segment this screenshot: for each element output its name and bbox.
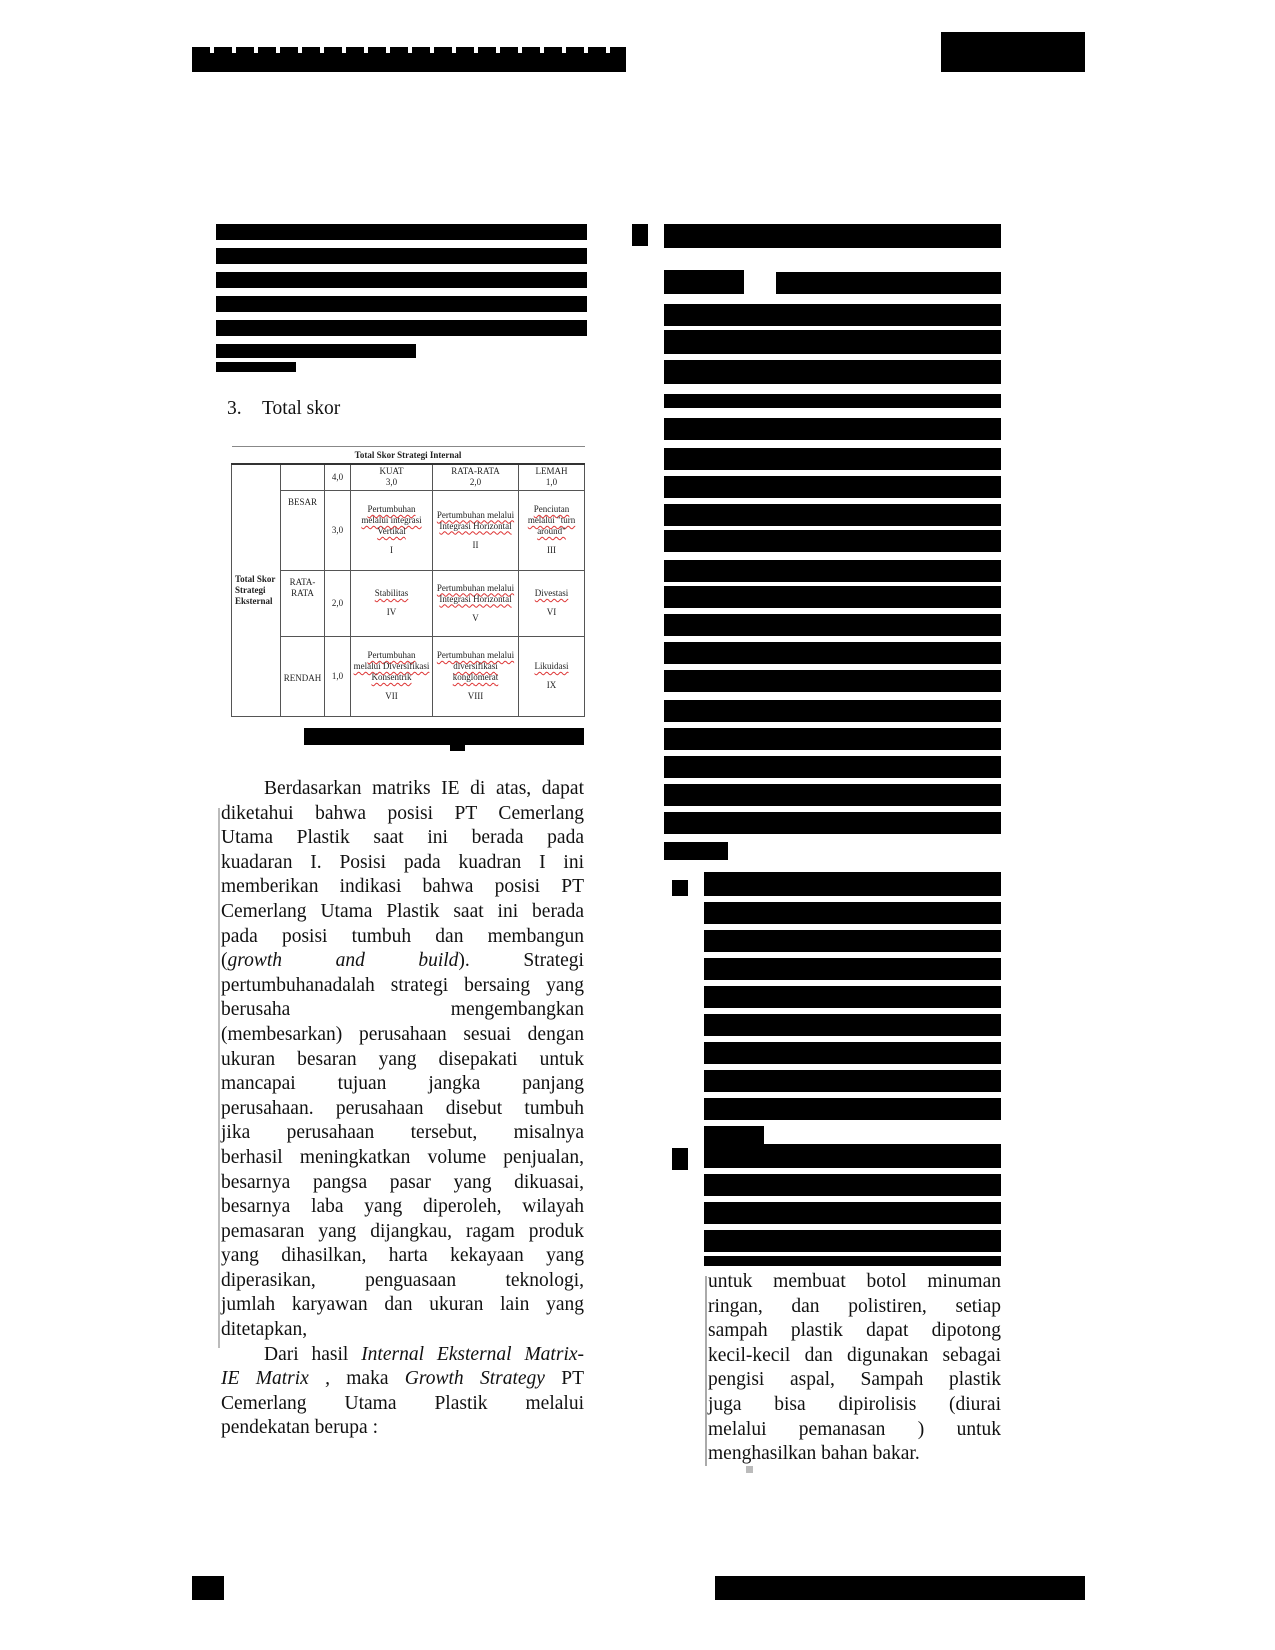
matrix-row-value: 2,0 <box>325 570 351 636</box>
text-line: diketahui bahwa posisi PT Cemerlang <box>221 802 584 827</box>
matrix-cell: Pertumbuhan melalui Integrasi Horizontal… <box>433 490 519 570</box>
matrix-scale-top: 4,0 <box>325 464 351 490</box>
text-line-growth: (growth and build). Strategi <box>221 949 584 974</box>
text-line: ringan, dan polistiren, setiap <box>708 1295 1001 1320</box>
header-page-box-redacted <box>941 32 1085 72</box>
matrix-row-label: BESAR <box>281 490 325 570</box>
matrix-col-header: LEMAH1,0 <box>519 464 585 490</box>
text-line: IE Matrix , maka Growth Strategy PT <box>221 1367 584 1392</box>
text-line: untuk membuat botol minuman <box>708 1270 1001 1295</box>
text-line: ukuran besaran yang disepakati untuk <box>221 1048 584 1073</box>
text-line: mancapai tujuan jangka panjang <box>221 1072 584 1097</box>
list-label: Total skor <box>262 398 340 420</box>
matrix-cell: StabilitasIV <box>351 570 433 636</box>
matrix-cell: Pertumbuhan melalui diversifikasi konglo… <box>433 636 519 716</box>
text-line: (membesarkan) perusahaan sesuai dengan <box>221 1023 584 1048</box>
matrix-caption-redacted-descender <box>450 745 465 751</box>
text-line: Cemerlang Utama Plastik melalui <box>221 1392 584 1417</box>
ie-matrix-table: Total Skor Strategi Internal Total Skor … <box>231 446 584 716</box>
cursor-mark <box>746 1466 753 1473</box>
matrix-cell: Pertumbuhan melalui Integrasi Horizontal… <box>433 570 519 636</box>
text-line: pengisi aspal, Sampah plastik <box>708 1368 1001 1393</box>
matrix-row-label: RATA-RATA <box>281 570 325 636</box>
text-line: Utama Plastik saat ini berada pada <box>221 826 584 851</box>
matrix-side-label: Total Skor Strategi Eksternal <box>232 464 281 716</box>
running-title-redacted-notch <box>192 47 626 53</box>
change-bar <box>705 1276 707 1466</box>
change-bar <box>218 808 220 1348</box>
matrix-col-header: RATA-RATA2,0 <box>433 464 519 490</box>
list-number: 3. <box>227 398 242 420</box>
text-line: menghasilkan bahan bakar. <box>708 1442 1001 1467</box>
text-line: berusaha mengembangkan <box>221 998 584 1023</box>
text-line: besarnya pangsa pasar yang dikuasai, <box>221 1171 584 1196</box>
text-line: berhasil meningkatkan volume penjualan, <box>221 1146 584 1171</box>
text-line: memberikan indikasi bahwa posisi PT <box>221 875 584 900</box>
matrix-title: Total Skor Strategi Internal <box>232 447 585 465</box>
matrix-cell: Pertumbuhan melalui Diversifikasi Konsen… <box>351 636 433 716</box>
matrix-row-label: RENDAH <box>281 636 325 716</box>
list-marker-redacted <box>632 224 648 246</box>
matrix-row-value: 3,0 <box>325 490 351 570</box>
sub-list-marker-b-redacted <box>672 1148 688 1170</box>
text-line: kuadaran I. Posisi pada kuadran I ini <box>221 851 584 876</box>
matrix-row-value: 1,0 <box>325 636 351 716</box>
text-line: besarnya laba yang diperoleh, wilayah <box>221 1195 584 1220</box>
text-line: pada posisi tumbuh dan membangun <box>221 925 584 950</box>
text-line: pemasaran yang dijangkau, ragam produk <box>221 1220 584 1245</box>
text-line: kecil-kecil dan digunakan sebagai <box>708 1344 1001 1369</box>
text-line: perusahaan. perusahaan disebut tumbuh <box>221 1097 584 1122</box>
text-line: yang dihasilkan, harta kekayaan yang <box>221 1244 584 1269</box>
text-line: pertumbuhanadalah strategi bersaing yang <box>221 974 584 999</box>
matrix-cell: Pertumbuhan melalui integrasi VertikalI <box>351 490 433 570</box>
text-line: melalui pemanasan ) untuk <box>708 1418 1001 1443</box>
text-line: Dari hasil Internal Eksternal Matrix- <box>221 1343 584 1368</box>
matrix-caption-redacted <box>304 728 584 745</box>
text-line: jumlah karyawan dan ukuran lain yang <box>221 1293 584 1318</box>
matrix-corner <box>281 464 325 490</box>
matrix-cell: DivestasiVI <box>519 570 585 636</box>
text-line: Cemerlang Utama Plastik saat ini berada <box>221 900 584 925</box>
text-line: diperasikan, penguasaan teknologi, <box>221 1269 584 1294</box>
matrix-col-header: KUAT3,0 <box>351 464 433 490</box>
text-line: sampah plastik dapat dipotong <box>708 1319 1001 1344</box>
sub-list-marker-a-redacted <box>672 880 688 896</box>
footer-journal-info-redacted <box>715 1576 1085 1600</box>
text-line: jika perusahaan tersebut, misalnya <box>221 1121 584 1146</box>
text-line: juga bisa dipirolisis (diurai <box>708 1393 1001 1418</box>
matrix-cell: LikuidasiIX <box>519 636 585 716</box>
footer-page-number-redacted <box>192 1576 224 1600</box>
matrix-cell: Penciutan melalui "turn around"III <box>519 490 585 570</box>
right-body-lines: untuk membuat botol minuman ringan, dan … <box>708 1270 1001 1467</box>
text-line: Berdasarkan matriks IE di atas, dapat <box>221 777 584 802</box>
text-line: pendekatan berupa : <box>221 1416 584 1441</box>
text-line: ditetapkan, <box>221 1318 584 1343</box>
body-paragraph-1: Berdasarkan matriks IE di atas, dapat di… <box>221 777 584 1441</box>
